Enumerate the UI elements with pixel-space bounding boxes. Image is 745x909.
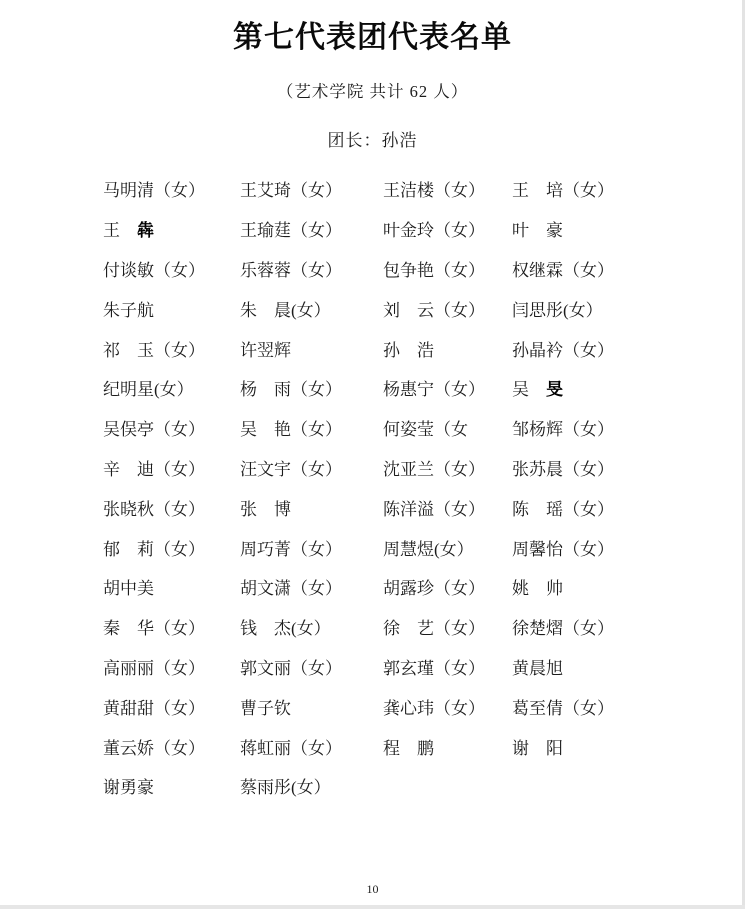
roster-cell: 乐蓉蓉（女） [240,256,383,281]
roster-cell: 闫思彤(女） [512,296,705,321]
roster-cell: 何姿莹（女 [383,415,512,440]
roster-cell: 汪文宇（女） [240,455,383,480]
roster-cell: 辛 迪（女） [103,455,240,480]
roster-cell: 朱 晨(女） [240,296,383,321]
roster-cell: 孙 浩 [383,336,512,361]
scan-edge-bottom [0,905,745,909]
roster-cell: 祁 玉（女） [103,336,240,361]
roster-cell: 郭玄瑾（女） [383,654,512,679]
roster-cell: 蔡雨彤(女） [240,773,383,798]
roster-cell: 张晓秋（女） [103,495,240,520]
roster-cell: 董云娇（女） [103,734,240,759]
roster-cell: 杨惠宁（女） [383,375,512,400]
roster-cell: 王洁楼（女） [383,176,512,201]
roster-cell: 徐楚熠（女） [512,614,705,639]
roster-cell: 朱子航 [103,296,240,321]
roster-cell: 龚心玮（女） [383,694,512,719]
roster-cell: 姚 帅 [512,574,705,599]
roster-cell: 沈亚兰（女） [383,455,512,480]
roster-cell: 王 犇 [103,216,240,241]
roster-cell: 黄晨旭 [512,654,705,679]
roster-cell: 付谈敏（女） [103,256,240,281]
roster-cell: 钱 杰(女） [240,614,383,639]
roster-cell: 刘 云（女） [383,296,512,321]
roster-cell: 吴 旻 [512,375,705,400]
roster-cell: 秦 华（女） [103,614,240,639]
roster-cell: 吴 艳（女） [240,415,383,440]
roster-cell: 王艾琦（女） [240,176,383,201]
roster-cell: 杨 雨（女） [240,375,383,400]
roster-cell: 叶 豪 [512,216,705,241]
roster-cell: 王 培（女） [512,176,705,201]
page-title: 第七代表团代表名单 [0,0,745,56]
roster-cell: 胡露珍（女） [383,574,512,599]
roster-cell: 叶金玲（女） [383,216,512,241]
roster-cell: 权继霖（女） [512,256,705,281]
roster-cell: 马明清（女） [103,176,240,201]
roster-cell: 周巧菁（女） [240,535,383,560]
roster-cell: 张苏晨（女） [512,455,705,480]
roster-cell: 葛至倩（女） [512,694,705,719]
roster-cell: 黄甜甜（女） [103,694,240,719]
roster-cell: 胡文潇（女） [240,574,383,599]
roster-cell: 包争艳（女） [383,256,512,281]
roster-cell: 周慧煜(女） [383,535,512,560]
roster-cell: 许翌辉 [240,336,383,361]
roster-cell: 高丽丽（女） [103,654,240,679]
roster-cell: 胡中美 [103,574,240,599]
roster-cell: 周馨怡（女） [512,535,705,560]
roster-cell: 曹子钦 [240,694,383,719]
page-subtitle: （艺术学院 共计 62 人） [0,78,745,102]
roster-cell: 郁 莉（女） [103,535,240,560]
roster-cell: 蒋虹丽（女） [240,734,383,759]
roster-cell: 谢 阳 [512,734,705,759]
roster-cell: 郭文丽（女） [240,654,383,679]
roster-cell: 孙晶衿（女） [512,336,705,361]
leader-line: 团长：孙浩 [0,126,745,151]
roster-cell: 陈 瑶（女） [512,495,705,520]
roster-cell: 张 博 [240,495,383,520]
roster-cell: 吴俣亭（女） [103,415,240,440]
roster-cell: 邹杨辉（女） [512,415,705,440]
roster-grid: 马明清（女）王艾琦（女）王洁楼（女）王 培（女）王 犇王瑜莛（女）叶金玲（女）叶… [103,169,705,806]
roster-cell: 徐 艺（女） [383,614,512,639]
document-page: 第七代表团代表名单 （艺术学院 共计 62 人） 团长：孙浩 马明清（女）王艾琦… [0,0,745,909]
roster-cell: 谢勇豪 [103,773,240,798]
roster-cell: 王瑜莛（女） [240,216,383,241]
page-number: 10 [0,882,745,897]
roster-cell: 陈洋溢（女） [383,495,512,520]
roster-cell: 纪明星(女） [103,375,240,400]
roster-cell: 程 鹏 [383,734,512,759]
